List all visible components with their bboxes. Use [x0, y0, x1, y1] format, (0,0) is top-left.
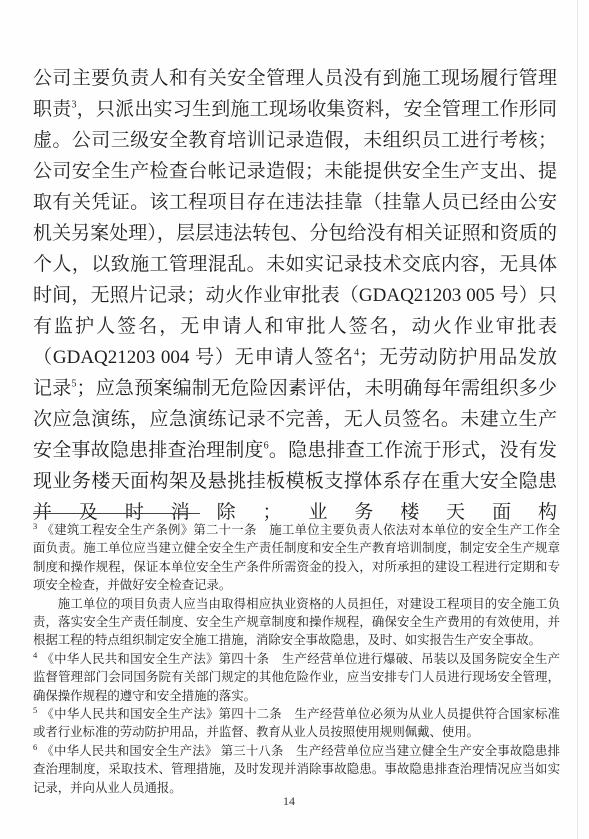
footnote-6: 6《中华人民共和国安全生产法》 第三十八条 生产经营单位应当建立健全生产安全事故…	[33, 742, 560, 797]
footnote-3-continuation: 施工单位的项目负责人应当由取得相应执业资格的人员担任，对建设工程项目的安全施工负…	[33, 595, 560, 650]
footnote-4: 4《中华人民共和国安全生产法》第四十条 生产经营单位进行爆破、吊装以及国务院安全…	[33, 650, 560, 705]
footnote-6-marker: 6	[33, 742, 37, 752]
footnote-4-marker: 4	[33, 650, 37, 660]
document-page: 公司主要负责人和有关安全管理人员没有到施工现场履行管理职责3，只派出实习生到施工…	[0, 0, 589, 839]
page-edge-line	[577, 0, 578, 839]
footnote-3-marker: 3	[33, 521, 37, 531]
footnote-4-text: 《中华人民共和国安全生产法》第四十条 生产经营单位进行爆破、吊装以及国务院安全生…	[33, 652, 560, 703]
main-text-paragraph: 公司主要负责人和有关安全管理人员没有到施工现场履行管理职责3，只派出实习生到施工…	[33, 63, 557, 528]
footnote-3-text: 《建筑工程安全生产条例》第二十一条 施工单位主要负责人依法对本单位的安全生产工作…	[33, 523, 560, 592]
footnote-5-marker: 5	[33, 705, 37, 715]
footnotes-section: 3《建筑工程安全生产条例》第二十一条 施工单位主要负责人依法对本单位的安全生产工…	[33, 521, 560, 797]
footnote-6-text: 《中华人民共和国安全生产法》 第三十八条 生产经营单位应当建立健全生产安全事故隐…	[33, 744, 560, 795]
footnote-5-text: 《中华人民共和国安全生产法》第四十二条 生产经营单位必须为从业人员提供符合国家标…	[33, 707, 560, 739]
footnote-5: 5《中华人民共和国安全生产法》第四十二条 生产经营单位必须为从业人员提供符合国家…	[33, 705, 560, 742]
footnote-3: 3《建筑工程安全生产条例》第二十一条 施工单位主要负责人依法对本单位的安全生产工…	[33, 521, 560, 595]
main-text-run: ，只派出实习生到施工现场收集资料，安全管理工作形同虚。公司三级安全教育培训记录造…	[33, 99, 557, 368]
footnote-separator	[33, 513, 200, 514]
page-number: 14	[0, 794, 578, 809]
